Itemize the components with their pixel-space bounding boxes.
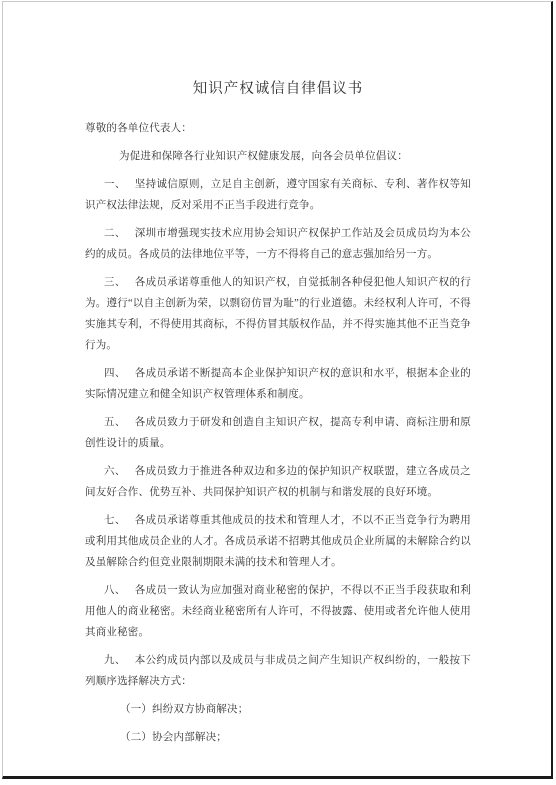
document-viewport: 知识产权诚信自律倡议书 尊敬的各单位代表人： 为促进和保障各行业知识产权健康发展… xyxy=(0,0,556,785)
article-paragraph-9: 九、本公约成员内部以及成员与非成员之间产生知识产权纠纷的，一般按下列顺序选择解决… xyxy=(85,650,471,692)
article-number: 五、 xyxy=(104,417,126,428)
article-number: 六、 xyxy=(104,466,126,477)
article-text: 各成员承诺不断提高本企业保护知识产权的意识和水平，根据本企业的实际情况建立和健全… xyxy=(85,368,471,400)
article-paragraph-4: 四、各成员承诺不断提高本企业保护知识产权的意识和水平，根据本企业的实际情况建立和… xyxy=(85,363,471,405)
article-paragraph-7: 七、各成员承诺尊重其他成员的技术和管理人才，不以不正当竞争行为聘用或利用其他成员… xyxy=(85,510,471,573)
greeting-line: 尊敬的各单位代表人： xyxy=(85,118,471,139)
article-text: 坚持诚信原则，立足自主创新，遵守国家有关商标、专利、著作权等知识产权法律法规，反… xyxy=(85,179,471,211)
article-number: 八、 xyxy=(104,585,126,596)
article-paragraph-1: 一、坚持诚信原则，立足自主创新，遵守国家有关商标、专利、著作权等知识产权法律法规… xyxy=(85,174,471,216)
article-text: 各成员致力于推进各种双边和多边的保护知识产权联盟，建立各成员之间友好合作、优势互… xyxy=(85,466,471,498)
article-paragraph-6: 六、各成员致力于推进各种双边和多边的保护知识产权联盟，建立各成员之间友好合作、优… xyxy=(85,461,471,503)
resolution-item-1: （一）纠纷双方协商解决； xyxy=(85,699,471,720)
article-text: 深圳市增强现实技术应用协会知识产权保护工作站及会员成员均为本公约的成员。各成员的… xyxy=(85,228,471,260)
article-paragraph-2: 二、深圳市增强现实技术应用协会知识产权保护工作站及会员成员均为本公约的成员。各成… xyxy=(85,223,471,265)
article-number: 九、 xyxy=(104,655,126,666)
page-content: 知识产权诚信自律倡议书 尊敬的各单位代表人： 为促进和保障各行业知识产权健康发展… xyxy=(3,2,551,776)
article-number: 一、 xyxy=(104,179,126,190)
article-number: 二、 xyxy=(104,228,126,239)
article-paragraph-8: 八、各成员一致认为应加强对商业秘密的保护，不得以不正当手段获取和利用他人的商业秘… xyxy=(85,580,471,643)
article-text: 各成员承诺尊重他人的知识产权，自觉抵制各种侵犯他人知识产权的行为。遵行“以自主创… xyxy=(85,277,471,351)
article-text: 本公约成员内部以及成员与非成员之间产生知识产权纠纷的，一般按下列顺序选择解决方式… xyxy=(85,655,471,687)
article-number: 七、 xyxy=(104,515,126,526)
document-page: 知识产权诚信自律倡议书 尊敬的各单位代表人： 为促进和保障各行业知识产权健康发展… xyxy=(2,1,553,779)
article-number: 三、 xyxy=(104,277,126,288)
article-text: 各成员一致认为应加强对商业秘密的保护，不得以不正当手段获取和利用他人的商业秘密。… xyxy=(85,585,471,638)
article-paragraph-5: 五、各成员致力于研发和创造自主知识产权，提高专利申请、商标注册和原创性设计的质量… xyxy=(85,412,471,454)
document-title: 知识产权诚信自律倡议书 xyxy=(85,78,471,100)
article-number: 四、 xyxy=(104,368,126,379)
article-paragraph-3: 三、各成员承诺尊重他人的知识产权，自觉抵制各种侵犯他人知识产权的行为。遵行“以自… xyxy=(85,272,471,356)
article-text: 各成员致力于研发和创造自主知识产权，提高专利申请、商标注册和原创性设计的质量。 xyxy=(85,417,471,449)
intro-paragraph: 为促进和保障各行业知识产权健康发展，向各会员单位倡议： xyxy=(85,146,471,167)
resolution-item-2: （二）协会内部解决； xyxy=(85,727,471,748)
article-text: 各成员承诺尊重其他成员的技术和管理人才，不以不正当竞争行为聘用或利用其他成员企业… xyxy=(85,515,471,568)
